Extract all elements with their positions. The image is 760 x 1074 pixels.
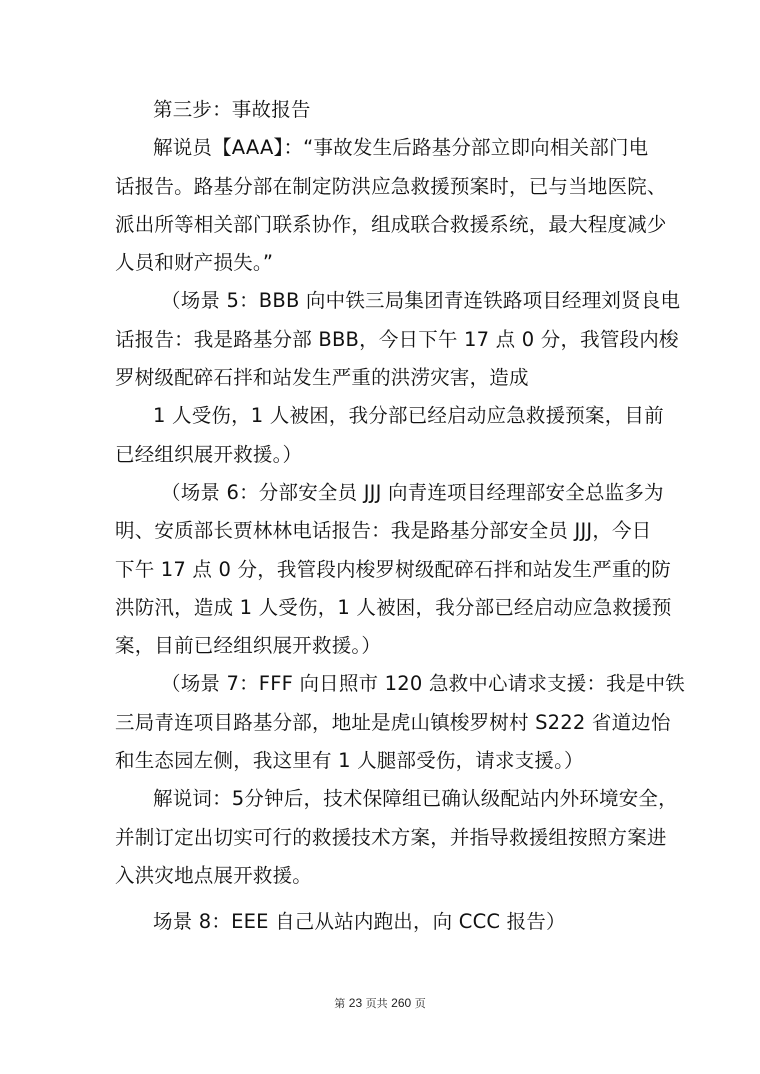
text-line: 明、安质部长贾林林电话报告：我是路基分部安全员 JJJ，今日 — [115, 512, 647, 550]
scene-8-paragraph: 场景 8：EEE 自己从站内跑出，向 CCC 报告） — [115, 903, 647, 941]
scene-6-paragraph: （场景 6：分部安全员 JJJ 向青连项目经理部安全总监多为 明、安质部长贾林林… — [115, 474, 647, 665]
text-line: 并制订定出切实可行的救援技术方案，并指导救援组按照方案进 — [115, 819, 647, 857]
text-line: 下午 17 点 0 分，我管段内梭罗树级配碎石拌和站发生严重的防 — [115, 551, 647, 589]
text-line: 派出所等相关部门联系协作，组成联合救援系统，最大程度减少 — [115, 206, 647, 244]
text-line: 入洪灾地点展开救援。 — [115, 857, 647, 895]
text-line: 洪防汛，造成 1 人受伤，1 人被困，我分部已经启动应急救援预 — [115, 589, 647, 627]
text-line: 三局青连项目路基分部，地址是虎山镇梭罗树村 S222 省道边怡 — [115, 704, 647, 742]
page-body: 第三步：事故报告 解说员【AAA】：“事故发生后路基分部立即向相关部门电 话报告… — [115, 91, 647, 942]
text-line: 解说员【AAA】：“事故发生后路基分部立即向相关部门电 — [115, 129, 647, 167]
footer-suffix: 页 — [415, 997, 426, 1010]
text-line: 案，目前已经组织展开救援。） — [115, 627, 647, 665]
current-page-number: 23 — [349, 996, 362, 1010]
text-line: （场景 7：FFF 向日照市 120 急救中心请求支援：我是中铁 — [115, 665, 647, 703]
text-line: 话报告。路基分部在制定防洪应急救援预案时，已与当地医院、 — [115, 168, 647, 206]
scene-7-paragraph: （场景 7：FFF 向日照市 120 急救中心请求支援：我是中铁 三局青连项目路… — [115, 665, 647, 780]
text-line: 人员和财产损失。” — [115, 244, 647, 282]
text-line: 已经组织展开救援。） — [115, 436, 647, 474]
text-line: 和生态园左侧，我这里有 1 人腿部受伤，请求支援。） — [115, 742, 647, 780]
text-line: 解说词：5分钟后，技术保障组已确认级配站内外环境安全， — [115, 780, 647, 818]
text-line: 罗树级配碎石拌和站发生严重的洪涝灾害，造成 — [115, 359, 647, 397]
text-line: 场景 8：EEE 自己从站内跑出，向 CCC 报告） — [115, 903, 647, 941]
text-line: 话报告：我是路基分部 BBB，今日下午 17 点 0 分，我管段内梭 — [115, 321, 647, 359]
scene-5-paragraph: （场景 5：BBB 向中铁三局集团青连铁路项目经理刘贤良电 话报告：我是路基分部… — [115, 282, 647, 473]
text-line: （场景 6：分部安全员 JJJ 向青连项目经理部安全总监多为 — [115, 474, 647, 512]
footer-middle: 页共 — [366, 997, 388, 1010]
narration-2-paragraph: 解说词：5分钟后，技术保障组已确认级配站内外环境安全， 并制订定出切实可行的救援… — [115, 780, 647, 895]
section-heading: 第三步：事故报告 — [115, 91, 647, 129]
text-line: （场景 5：BBB 向中铁三局集团青连铁路项目经理刘贤良电 — [115, 282, 647, 320]
text-line: 1 人受伤，1 人被困，我分部已经启动应急救援预案，目前 — [115, 397, 647, 435]
total-pages-number: 260 — [391, 996, 411, 1010]
narration-paragraph: 解说员【AAA】：“事故发生后路基分部立即向相关部门电 话报告。路基分部在制定防… — [115, 129, 647, 282]
page-footer: 第 23 页共 260 页 — [0, 995, 760, 1011]
document-page: 第三步：事故报告 解说员【AAA】：“事故发生后路基分部立即向相关部门电 话报告… — [0, 0, 760, 1074]
footer-prefix: 第 — [334, 997, 345, 1010]
